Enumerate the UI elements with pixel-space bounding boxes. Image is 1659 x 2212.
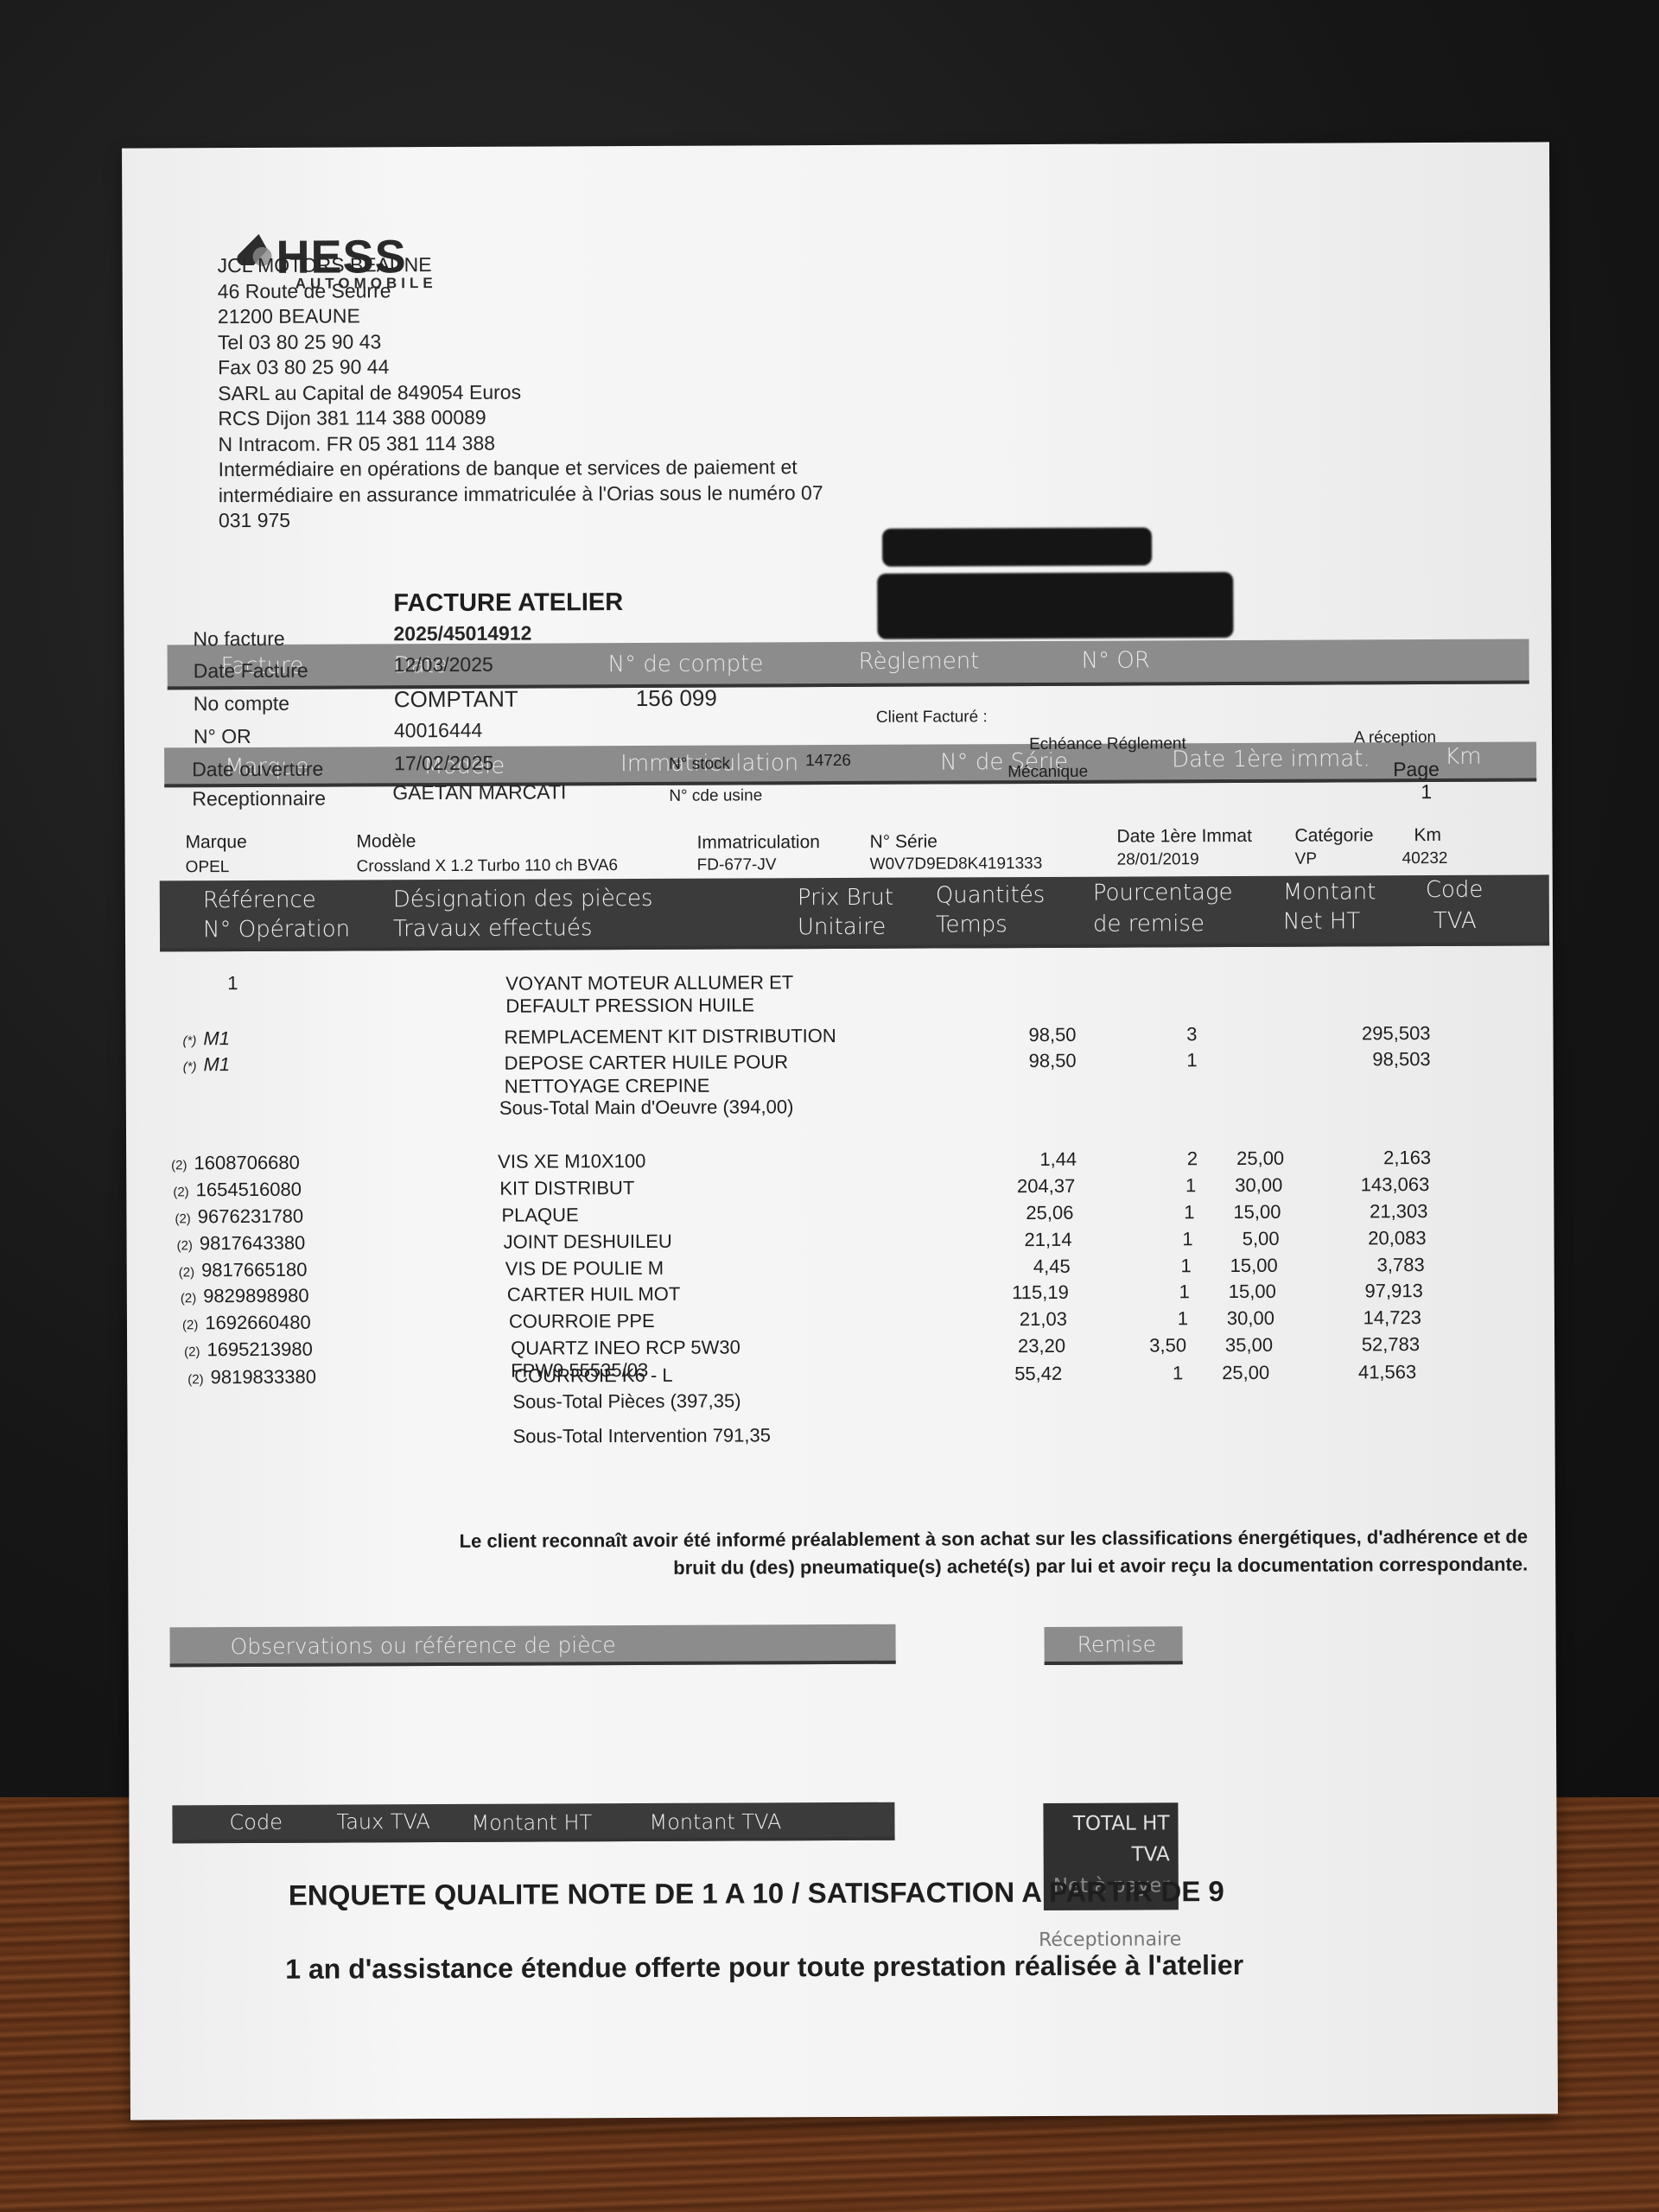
company-line: N Intracom. FR 05 381 114 388 — [218, 429, 823, 458]
part-flag: (2) — [181, 1291, 196, 1306]
company-line: intermédiaire en assurance immatriculée … — [219, 480, 823, 509]
company-line: SARL au Capital de 849054 Euros — [218, 378, 823, 407]
header-band-invoice: Facture Date N° de compte Règlement N° O… — [168, 639, 1529, 690]
vehicle-km: 40232 — [1402, 849, 1448, 868]
field-label: Date Facture — [194, 659, 308, 683]
part-designation: VIS DE POULIE M — [505, 1257, 664, 1281]
field-label: No compte — [194, 692, 289, 715]
company-line: RCS Dijon 381 114 388 00089 — [218, 404, 823, 432]
company-line: 46 Route de Seurre — [218, 276, 823, 305]
vat-col-header: Montant HT — [471, 1810, 592, 1835]
company-line: 031 975 — [219, 505, 823, 534]
part-discount: 35,00 — [1195, 1334, 1273, 1357]
page-number: 1 — [1421, 780, 1432, 804]
field-label: Receptionnaire — [192, 787, 326, 811]
page-label: Page — [1393, 758, 1440, 781]
vat-table-header: Code Taux TVA Montant HT Montant TVA — [172, 1802, 894, 1844]
opening-date: 17/02/2025 — [394, 752, 493, 776]
labour-flag: (*) — [183, 1059, 197, 1074]
part-designation: PLAQUE — [501, 1204, 578, 1226]
col-header: Quantités — [936, 882, 1046, 909]
operation-number: 1 — [227, 972, 238, 995]
band1-label: N° de compte — [608, 651, 764, 677]
part-ref: (2)1695213980 — [184, 1338, 313, 1362]
col-header: Pourcentage — [1093, 880, 1233, 906]
account-number: 156 099 — [636, 685, 717, 712]
part-discount: 15,00 — [1203, 1201, 1281, 1224]
part-unit-price: 4,45 — [967, 1255, 1071, 1279]
labour-qty: 3 — [1162, 1023, 1197, 1046]
part-unit-price: 55,42 — [958, 1363, 1062, 1386]
account-type: COMPTANT — [394, 686, 518, 714]
operation-text: DEFAULT PRESSION HUILE — [505, 994, 754, 1017]
lines-table-header: Référence N° Opération Désignation des p… — [160, 874, 1549, 951]
or-number: 40016444 — [394, 719, 482, 742]
part-qty: 1 — [1131, 1255, 1192, 1277]
notice-line: bruit du (des) pneumatique(s) acheté(s) … — [180, 1551, 1528, 1585]
job-type: Mécanique — [1007, 763, 1088, 782]
operation-text: VOYANT MOTEUR ALLUMER ET — [505, 971, 793, 995]
invoice-title: FACTURE ATELIER — [393, 588, 623, 618]
vehicle-brand: OPEL — [186, 858, 230, 877]
part-net: 21,303 — [1298, 1200, 1427, 1224]
vehicle-model: Crossland X 1.2 Turbo 110 ch BVA6 — [357, 856, 619, 876]
factory-order-label: N° cde usine — [669, 786, 762, 805]
col-header: Net HT — [1283, 908, 1360, 934]
part-unit-price: 1,44 — [973, 1148, 1077, 1172]
company-line: 21200 BEAUNE — [218, 302, 823, 330]
part-qty: 1 — [1128, 1307, 1188, 1330]
field-label: Date ouverture — [192, 758, 323, 782]
col-header: Désignation des pièces — [393, 886, 653, 912]
total-ht-label: TOTAL HT — [1052, 1808, 1169, 1840]
part-flag: (2) — [173, 1185, 188, 1199]
col-header: Prix Brut — [798, 885, 893, 911]
part-ref: (2)1608706680 — [171, 1152, 300, 1175]
vehicle-header: Immatriculation — [696, 832, 819, 854]
part-designation: QUARTZ INEO RCP 5W30 — [511, 1337, 741, 1360]
labour-net: 98,503 — [1301, 1048, 1431, 1071]
intervention-subtotal: Sous-Total Intervention 791,35 — [512, 1424, 771, 1447]
field-label: N° OR — [194, 725, 251, 748]
labour-unit-price: 98,50 — [972, 1024, 1076, 1047]
part-qty: 3,50 — [1126, 1334, 1186, 1357]
part-discount: 25,00 — [1206, 1147, 1284, 1170]
part-flag: (2) — [179, 1265, 194, 1280]
vat-col-header: Taux TVA — [336, 1809, 430, 1834]
col-header: Travaux effectués — [393, 915, 593, 942]
invoice-number: 2025/45014912 — [393, 622, 531, 646]
vehicle-header: Catégorie — [1294, 825, 1373, 846]
labour-qty: 1 — [1163, 1049, 1198, 1071]
part-flag: (2) — [171, 1158, 187, 1173]
vehicle-header: Modèle — [356, 831, 416, 852]
col-header: Unitaire — [798, 914, 886, 940]
col-header: de remise — [1093, 911, 1205, 938]
vehicle-header: N° Série — [869, 832, 938, 853]
part-qty: 1 — [1122, 1362, 1183, 1384]
part-qty: 1 — [1135, 1174, 1196, 1197]
observations-band: Observations ou référence de pièce — [169, 1624, 895, 1668]
part-discount: 30,00 — [1197, 1307, 1274, 1330]
company-address-block: JCL MOTORS BEAUNE 46 Route de Seurre 212… — [218, 251, 823, 534]
company-line: Fax 03 80 25 90 44 — [218, 353, 823, 381]
labour-ref: (*)M1 — [182, 1027, 230, 1050]
invoice-date: 12/03/2025 — [394, 653, 493, 677]
part-net: 41,563 — [1287, 1361, 1416, 1384]
part-ref: (2)9829898980 — [181, 1285, 309, 1308]
part-flag: (2) — [182, 1318, 198, 1332]
part-unit-price: 25,06 — [969, 1202, 1073, 1225]
part-net: 3,783 — [1295, 1254, 1425, 1277]
part-qty: 2 — [1137, 1147, 1198, 1170]
field-label: No facture — [193, 627, 284, 651]
part-unit-price: 21,03 — [963, 1308, 1067, 1332]
receptionist-name: GAETAN MARCATI — [392, 780, 566, 804]
redacted-customer-name — [882, 527, 1152, 566]
remise-label: Remise — [1077, 1631, 1156, 1656]
part-designation: VIS XE M10X100 — [498, 1150, 645, 1173]
part-net: 143,063 — [1300, 1173, 1429, 1197]
vat-col-header: Code — [229, 1810, 283, 1834]
vehicle-plate: FD-677-JV — [697, 855, 777, 874]
part-net: 20,083 — [1296, 1227, 1426, 1250]
due-label: Echéance Réglement — [1029, 734, 1186, 754]
labour-subtotal: Sous-Total Main d'Oeuvre (394,00) — [499, 1096, 794, 1119]
part-qty: 1 — [1129, 1281, 1190, 1303]
col-header: N° Opération — [203, 916, 350, 943]
invoice-page: HESS AUTOMOBILE JCL MOTORS BEAUNE 46 Rou… — [122, 142, 1558, 2120]
part-designation: CARTER HUIL MOT — [507, 1283, 681, 1306]
vehicle-header: Km — [1414, 825, 1441, 846]
remise-band: Remise — [1045, 1626, 1183, 1665]
part-discount: 15,00 — [1200, 1255, 1278, 1277]
vehicle-header: Date 1ère Immat — [1116, 826, 1252, 848]
vat-col-header: Montant TVA — [649, 1809, 781, 1834]
part-unit-price: 23,20 — [962, 1335, 1065, 1358]
labour-net: 295,503 — [1300, 1022, 1430, 1046]
part-designation: KIT DISTRIBUT — [499, 1177, 634, 1200]
part-discount: 25,00 — [1192, 1362, 1269, 1384]
due-value: A réception — [1354, 728, 1436, 747]
survey-footer: ENQUETE QUALITE NOTE DE 1 A 10 / SATISFA… — [289, 1875, 1224, 1912]
part-qty: 1 — [1132, 1228, 1192, 1250]
part-unit-price: 115,19 — [965, 1281, 1069, 1305]
parts-subtotal: Sous-Total Pièces (397,35) — [512, 1390, 741, 1414]
client-billed-label: Client Facturé : — [876, 708, 988, 728]
labour-designation: NETTOYAGE CREPINE — [505, 1075, 710, 1098]
part-qty: 1 — [1134, 1201, 1194, 1224]
stock-value: 14726 — [805, 752, 851, 771]
part-designation: COURROIE K6 - L — [514, 1364, 672, 1388]
part-ref: (2)9817643380 — [177, 1232, 306, 1255]
part-unit-price: 21,14 — [968, 1229, 1071, 1252]
col-header: Code — [1426, 877, 1484, 903]
company-line: JCL MOTORS BEAUNE — [218, 251, 823, 279]
part-flag: (2) — [184, 1344, 200, 1359]
band1-label: Règlement — [859, 648, 980, 675]
part-ref: (2)1654516080 — [173, 1179, 302, 1202]
vehicle-first-registration: 28/01/2019 — [1117, 850, 1199, 869]
part-flag: (2) — [188, 1372, 203, 1387]
part-ref: (2)9819833380 — [188, 1366, 316, 1389]
col-header: Temps — [936, 912, 1007, 938]
receptionist-signature-label: Réceptionnaire — [1039, 1929, 1181, 1951]
band2-label: Km — [1445, 744, 1482, 770]
observations-label: Observations ou référence de pièce — [231, 1632, 616, 1659]
part-ref: (2)1692660480 — [182, 1312, 311, 1335]
redacted-customer-address — [877, 572, 1233, 639]
assistance-footer: 1 an d'assistance étendue offerte pour t… — [285, 1949, 1243, 1986]
part-ref: (2)9676231780 — [175, 1205, 303, 1229]
part-net: 97,913 — [1294, 1280, 1423, 1303]
part-net: 14,723 — [1292, 1306, 1421, 1330]
part-ref: (2)9817665180 — [179, 1259, 308, 1282]
vehicle-vin: W0V7D9ED8K4191333 — [870, 855, 1043, 874]
part-designation: JOINT DESHUILEU — [504, 1230, 672, 1254]
part-flag: (2) — [175, 1211, 190, 1226]
stock-label: N° stock — [669, 755, 730, 774]
part-discount: 30,00 — [1205, 1174, 1282, 1197]
vehicle-category: VP — [1295, 850, 1317, 869]
part-unit-price: 204,37 — [971, 1175, 1075, 1198]
part-designation: COURROIE PPE — [509, 1310, 655, 1333]
tyre-notice: Le client reconnaît avoir été informé pr… — [180, 1523, 1528, 1585]
labour-flag: (*) — [183, 1033, 197, 1048]
band1-label: N° OR — [1082, 647, 1150, 673]
company-line: Tel 03 80 25 90 43 — [218, 327, 823, 356]
band2-label: Date 1ère immat. — [1172, 746, 1370, 772]
part-discount: 5,00 — [1201, 1228, 1279, 1250]
company-line: Intermédiaire en opérations de banque et… — [219, 454, 823, 483]
part-net: 2,163 — [1301, 1147, 1431, 1170]
col-header: TVA — [1433, 908, 1477, 934]
col-header: Montant — [1283, 879, 1376, 905]
col-header: Référence — [203, 887, 316, 914]
vehicle-header: Marque — [185, 832, 246, 853]
labour-designation: REMPLACEMENT KIT DISTRIBUTION — [504, 1025, 836, 1049]
labour-designation: DEPOSE CARTER HUILE POUR — [505, 1051, 789, 1074]
part-flag: (2) — [177, 1238, 193, 1253]
part-net: 52,783 — [1290, 1333, 1420, 1357]
tva-label: TVA — [1052, 1839, 1170, 1871]
labour-unit-price: 98,50 — [973, 1050, 1077, 1073]
part-discount: 15,00 — [1198, 1281, 1276, 1303]
labour-ref: (*)M1 — [183, 1053, 231, 1076]
